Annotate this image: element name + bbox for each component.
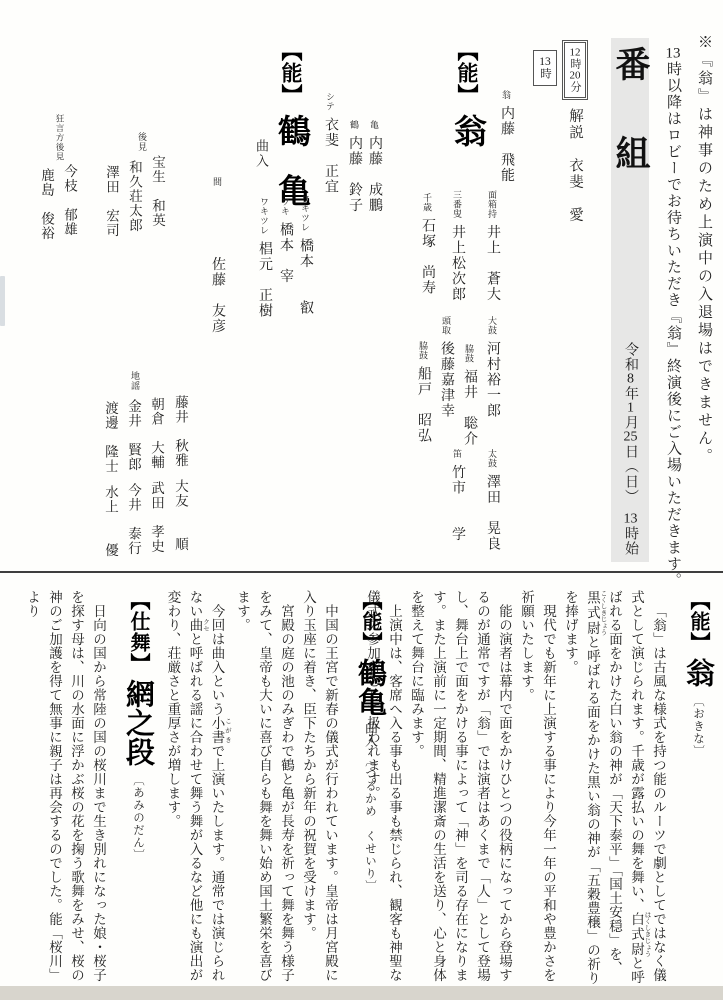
synopsis-reading: 〔つるかめ くせいり〕 [364, 755, 376, 893]
kyogen-koken-label: 狂言方後見 [54, 114, 66, 162]
synopsis-category: 【能】 [687, 590, 709, 653]
role-label: 三番叟 [452, 190, 462, 219]
program-page: { "page": { "notice_line1": "※『翁』は神事のため上… [0, 0, 723, 1000]
performer-name: 椙元 正樹 [257, 241, 272, 319]
cast-entry: シテ衣斐 正宜 [320, 92, 340, 195]
cast-entry: ワキ橋本 宰 [275, 197, 295, 284]
synopsis-title: 翁 [682, 658, 714, 687]
performer-name: 佐藤 友彦 [210, 257, 225, 335]
synopsis-category: 【能】 [359, 590, 381, 653]
okina-play-title: 【能】翁 [444, 40, 491, 147]
cast-entry: 三番叟井上松次郎 [447, 190, 467, 302]
cast-entry: 面箱持井上 蒼大 [482, 190, 502, 302]
jiutai-column: 金井 賢郎今井 泰行 [123, 399, 143, 555]
program-title: 番組 [605, 46, 655, 225]
cast-entry: 太鼓澤田 晃良 [482, 449, 502, 552]
performer-name: 橋本 宰 [278, 222, 293, 284]
jiutai-column: 朝倉 大輔武田 孝史 [146, 397, 166, 553]
performer-name: 竹市 学 [450, 465, 465, 543]
role-label: 太鼓 [487, 449, 497, 468]
performer-name: 井上 蒼大 [485, 225, 500, 303]
cast-entry: ワキツレ椙元 正樹 [254, 197, 274, 319]
kyogen-koken-name: 今枝 郁雄 [59, 164, 79, 237]
start-time-box: 13時 [533, 50, 557, 86]
performer-name: 朝倉 大輔 [149, 397, 164, 470]
performer-name: 衣斐 正宜 [323, 117, 338, 195]
role-label: 翁 [501, 90, 511, 100]
performer-name: 内藤 成鵬 [367, 136, 382, 214]
program-title-band: 番組 令和8年1月25日（日） 13時始 [611, 38, 649, 562]
admission-notice-line1: ※『翁』は神事のため上演中の入退場はできません。 [694, 34, 715, 466]
synopsis-aminodan-heading: 【仕舞】網之段〔あみのだん〕 [118, 590, 159, 990]
kyogen-koken-name: 鹿島 俊裕 [36, 168, 56, 241]
jiutai-label: 地謡 [129, 371, 142, 391]
synopsis-paragraph: 能の演者は幕内で面をかけひとつの役柄になってから登場するのが通常ですが「翁」では… [405, 590, 515, 990]
performance-date: 令和8年1月25日（日） 13時始 [620, 342, 640, 556]
performer-name: 藤井 秋雅 [173, 395, 188, 468]
tsurukame-category: 【能】 [279, 40, 303, 106]
koken-name: 澤田 宏司 [101, 165, 121, 238]
role-label: 面箱持 [487, 190, 497, 219]
cast-entry: 頭取後藤嘉津幸 [436, 316, 456, 419]
role-label: 亀 [369, 120, 379, 130]
synopsis-paragraph: 「翁」は古風な様式を持つ能のルーツで劇としてではなく儀式として演じられます。千歳… [559, 590, 669, 990]
role-label: ワキツレ [259, 197, 269, 235]
role-label: 間 [212, 177, 222, 187]
role-label: ワキ [280, 197, 290, 216]
cast-entry: 大鼓河村裕一郎 [482, 316, 502, 419]
kaisetsu-slot: 12時20分解説 衣斐 愛 [562, 40, 588, 224]
admission-notice-line2: 13時以降はロビーでお待ちいただき『翁』終演後にご入場いただきます。 [663, 46, 684, 589]
synopsis-paragraph: 日向の国から常陸の国の桜川まで生き別れになった娘・桜子を探す母は、川の水面に浮か… [21, 590, 109, 990]
synopsis-paragraph: 現代でも新年に上演する事により今年一年の平和や豊かさを祈願いたします。 [515, 590, 559, 990]
role-label: 大鼓 [487, 316, 497, 335]
synopsis-notation: 曲入 [363, 721, 378, 747]
next-page-edge [0, 986, 723, 1000]
synopsis-paragraph: 今回は曲入という小書こがきで上演いたします。通常では演じられない曲クセと呼ばれる… [162, 590, 232, 990]
performer-name: 大友 順 [173, 479, 188, 552]
jiutai-column: 渡邊 隆士水上 優 [100, 401, 120, 557]
cast-entry: 脇鼓船戸 昭弘 [413, 341, 433, 444]
performer-name: 橋本 叡 [298, 238, 313, 316]
role-label: ワキツレ [300, 194, 310, 232]
synopsis-aminodan: 【仕舞】網之段〔あみのだん〕 日向の国から常陸の国の桜川まで生き別れになった娘・… [23, 590, 159, 990]
performer-name: 水上 優 [103, 485, 118, 558]
performer-name: 船戸 昭弘 [416, 366, 431, 444]
role-label: 鶴 [349, 120, 359, 130]
synopsis-okina: 【能】翁〔おきな〕 「翁」は古風な様式を持つ能のルーツで劇としてではなく儀式とし… [387, 590, 719, 990]
koken-name: 宝生 和英 [147, 155, 167, 228]
synopsis-reading: 〔おきな〕 [692, 695, 704, 758]
koken-name: 和久荘太郎 [124, 160, 144, 233]
synopsis-title: 網之段 [122, 679, 154, 766]
synopsis-paragraph: 宮殿の庭の池のみぎわで鶴と亀が長寿を祈って舞を舞う様子をみて、皇帝も大いに喜び自… [231, 590, 297, 990]
performer-name: 澤田 晃良 [485, 474, 500, 552]
performer-name: 渡邊 隆士 [103, 401, 118, 474]
cast-entry: 間佐藤 友彦 [207, 177, 227, 334]
synopsis-tsurukame: 【能】鶴亀曲入〔つるかめ くせいり〕 中国の王宮で新春の儀式が行われています。皇… [173, 590, 391, 990]
cast-entry: 千歳石塚 尚寿 [417, 193, 437, 296]
performer-name: 井上松次郎 [450, 225, 465, 303]
start-time-slot: 13時 [531, 48, 559, 96]
performer-name: 今井 泰行 [126, 483, 141, 556]
cast-entry: 笛竹市 学 [447, 449, 467, 542]
role-label: 笛 [452, 449, 462, 459]
performer-name: 内藤 鈴子 [347, 136, 362, 214]
performer-name: 金井 賢郎 [126, 399, 141, 472]
cast-entry: 亀内藤 成鵬 [364, 120, 384, 213]
okina-title: 翁 [449, 114, 485, 147]
cast-entry: 翁内藤 飛能 [496, 90, 516, 183]
synopsis-category: 【仕舞】 [127, 590, 149, 674]
synopsis-reading: 〔あみのだん〕 [132, 774, 144, 862]
tsurukame-notation: 曲入 [252, 139, 271, 169]
cast-entry: ワキツレ橋本 叡 [295, 194, 315, 316]
role-label: 脇鼓 [464, 344, 474, 363]
cast-entry: 鶴内藤 鈴子 [344, 120, 364, 213]
role-label: 脇鼓 [418, 341, 428, 360]
kaisetsu-label: 解説 衣斐 愛 [567, 108, 583, 224]
performer-name: 内藤 飛能 [499, 106, 514, 184]
synopsis-paragraph: 中国の王宮で新春の儀式が行われています。皇帝は月宮殿に入り玉座に着き、臣下たちか… [297, 590, 341, 990]
synopsis-tsurukame-heading: 【能】鶴亀曲入〔つるかめ くせいり〕 [350, 590, 391, 990]
performer-name: 石塚 尚寿 [420, 218, 435, 296]
cast-entry: 脇鼓福井 聡介 [459, 344, 479, 447]
synopsis-title: 鶴亀 [354, 658, 386, 716]
performer-name: 後藤嘉津幸 [439, 341, 454, 419]
performer-name: 福井 聡介 [462, 369, 477, 447]
kaisetsu-time-box: 12時20分 [564, 42, 586, 98]
role-label: 千歳 [422, 193, 432, 212]
okina-category: 【能】 [455, 40, 479, 106]
performer-name: 武田 孝史 [149, 481, 164, 554]
jiutai-column: 藤井 秋雅大友 順 [170, 395, 190, 551]
role-label: シテ [325, 92, 335, 111]
section-divider [0, 571, 723, 573]
koken-label: 後見 [136, 132, 149, 152]
role-label: 頭取 [441, 316, 451, 335]
performer-name: 河村裕一郎 [485, 341, 500, 419]
page-edge-artifact [0, 276, 5, 326]
synopsis-okina-heading: 【能】翁〔おきな〕 [678, 590, 719, 990]
